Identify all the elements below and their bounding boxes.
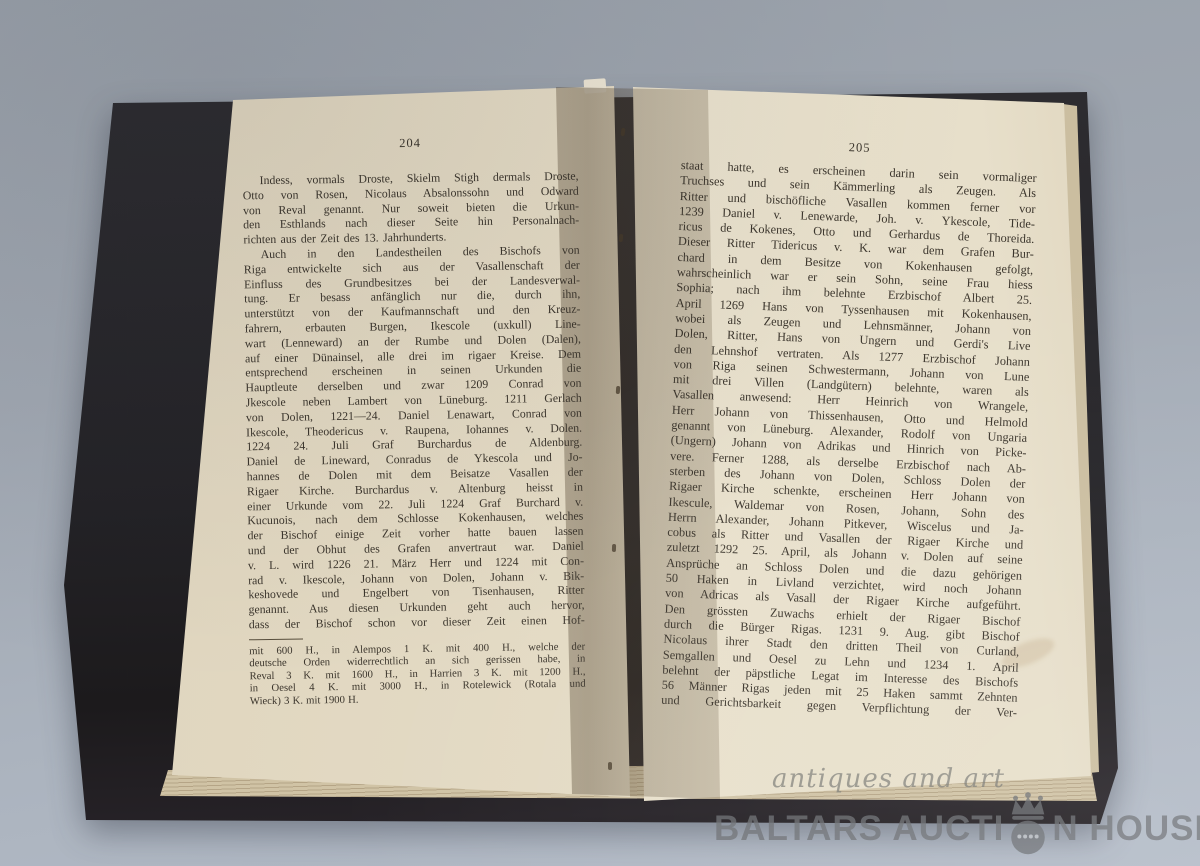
left-page-body: Indess, vormals Droste, Skielm Stigh der… — [243, 169, 585, 632]
spine-paper-sliver — [584, 78, 607, 94]
paragraph: Indess, vormals Droste, Skielm Stigh der… — [243, 169, 580, 248]
left-page-footnote: mit 600 H., in Alempos 1 K. mit 400 H., … — [249, 640, 586, 708]
binding-stitch — [608, 762, 612, 770]
watermark-brand-suffix: N HOUSE — [1052, 809, 1200, 849]
paragraph: staat hatte, es erscheinen darin sein vo… — [661, 158, 1037, 721]
watermark-brand-prefix: BALTARS AUCTI — [714, 809, 1004, 849]
binding-stitch — [616, 386, 621, 394]
binding-stitch — [619, 234, 624, 242]
watermark-brand: BALTARS AUCTI N HOUSE — [714, 792, 1200, 849]
binding-stitch — [612, 544, 616, 552]
right-page-content: 205 staat hatte, es erscheinen darin sei… — [661, 134, 1038, 721]
paragraph: Auch in den Landestheilen des Bischofs v… — [244, 243, 585, 632]
right-page-body: staat hatte, es erscheinen darin sein vo… — [661, 158, 1037, 721]
left-page-content: 204 Indess, vormals Droste, Skielm Stigh… — [242, 134, 586, 708]
paragraph: mit 600 H., in Alempos 1 K. mit 400 H., … — [249, 640, 586, 708]
watermark-script-text: antiques and art — [772, 764, 1005, 794]
crown-orb-icon — [1005, 792, 1051, 856]
photo-of-open-book: 204 Indess, vormals Droste, Skielm Stigh… — [0, 0, 1200, 866]
footnote-rule — [249, 638, 303, 640]
